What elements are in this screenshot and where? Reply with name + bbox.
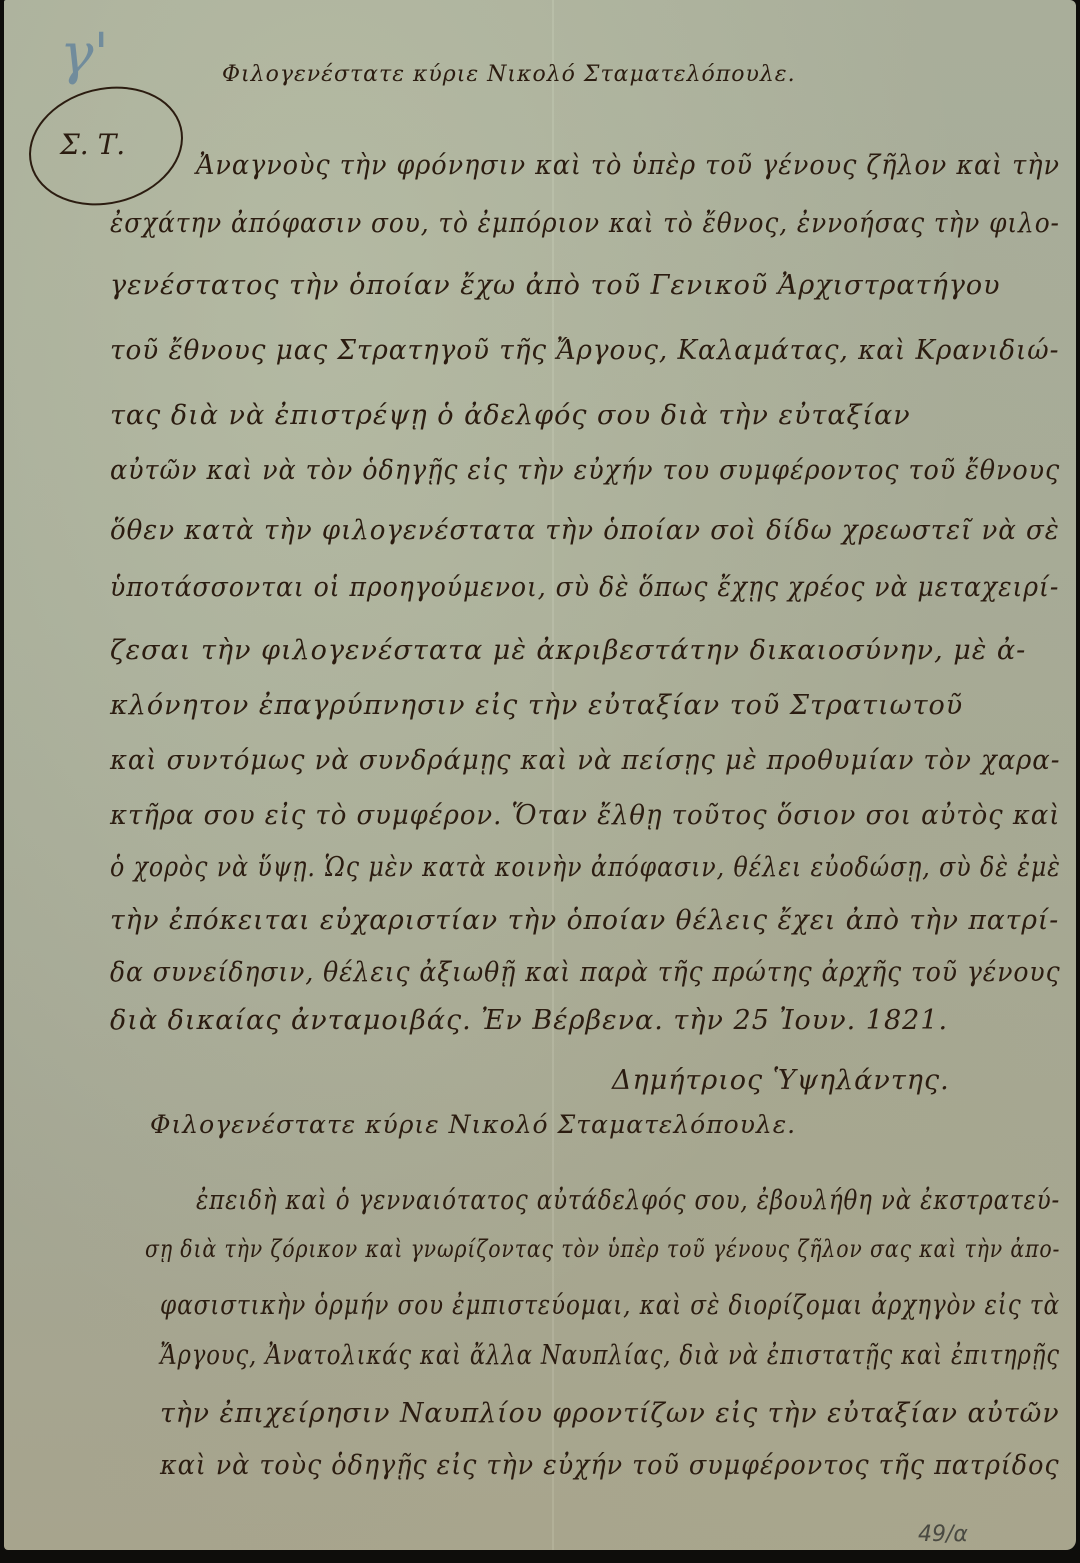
signature: Δημήτριος Ὑψηλάντης. (612, 1065, 950, 1096)
archive-folio-number: 49/α (918, 1522, 968, 1547)
letter-line: ὁ χορὸς νὰ ὕψῃ. Ὡς μὲν κατὰ κοινὴν ἀπόφα… (110, 852, 1061, 883)
letter-line: φασιστικὴν ὁρμήν σου ἐμπιστεύομαι, καὶ σ… (160, 1290, 1060, 1321)
letter-line-with-date: διὰ δικαίας ἀνταμοιβάς. Ἐν Βέρβενα. τὴν … (110, 1005, 948, 1036)
second-letter-salutation: Φιλογενέστατε κύριε Νικολό Σταματελόπουλ… (150, 1110, 796, 1139)
blue-pencil-mark: γ' (60, 22, 109, 87)
letter-line: Ἄργους, Ἀνατολικάς καὶ ἄλλα Ναυπλίας, δι… (160, 1340, 1060, 1371)
letter-line: ζεσαι τὴν φιλογενέστατα μὲ ἀκριβεστάτην … (110, 635, 1026, 666)
letter-line: τὴν ἐπιχείρησιν Ναυπλίου φροντίζων εἰς τ… (160, 1398, 1060, 1429)
letter-line: κτῆρα σου εἰς τὸ συμφέρον. Ὅταν ἔλθῃ τοῦ… (110, 800, 1060, 831)
letter-line: Ἀναγνοὺς τὴν φρόνησιν καὶ τὸ ὑπὲρ τοῦ γέ… (196, 150, 1060, 181)
letter-line: σῃ διὰ τὴν ζόρικον καὶ γνωρίζοντας τὸν ὑ… (145, 1235, 1060, 1263)
letter-line: αὐτῶν καὶ νὰ τὸν ὁδηγῇς εἰς τὴν εὐχήν το… (110, 455, 1060, 486)
letter-line: καὶ νὰ τοὺς ὁδηγῇς εἰς τὴν εὐχήν τοῦ συμ… (160, 1450, 1060, 1481)
letter-line: ἐπειδὴ καὶ ὁ γενναιότατος αὐτάδελφός σου… (196, 1185, 1060, 1216)
first-letter-salutation: Φιλογενέστατε κύριε Νικολό Σταματελόπουλ… (222, 62, 796, 87)
letter-line: ἐσχάτην ἀπόφασιν σου, τὸ ἐμπόριον καὶ τὸ… (110, 208, 1060, 239)
letter-line: ὅθεν κατὰ τὴν φιλογενέστατα τὴν ὁποίαν σ… (110, 515, 1060, 546)
circled-initials: Σ. Τ. (60, 128, 125, 161)
letter-line: τὴν ἐπόκειται εὐχαριστίαν τὴν ὁποίαν θέλ… (110, 905, 1059, 936)
letter-line: καὶ συντόμως νὰ συνδράμῃς καὶ νὰ πείσῃς … (110, 745, 1060, 776)
letter-line: κλόνητον ἐπαγρύπνησιν εἰς τὴν εὐταξίαν τ… (110, 690, 963, 721)
letter-line: δα συνείδησιν, θέλεις ἀξιωθῇ καὶ παρὰ τῆ… (110, 957, 1061, 988)
letter-line: ὑποτάσσονται οἱ προηγούμενοι, σὺ δὲ ὅπως… (110, 572, 1059, 603)
letter-line: γενέστατος τὴν ὁποίαν ἔχω ἀπὸ τοῦ Γενικο… (110, 270, 1001, 301)
letter-line: τας διὰ νὰ ἐπιστρέψῃ ὁ ἀδελφός σου διὰ τ… (110, 400, 911, 431)
letter-line: τοῦ ἔθνους μας Στρατηγοῦ τῆς Ἄργους, Καλ… (110, 335, 1059, 366)
